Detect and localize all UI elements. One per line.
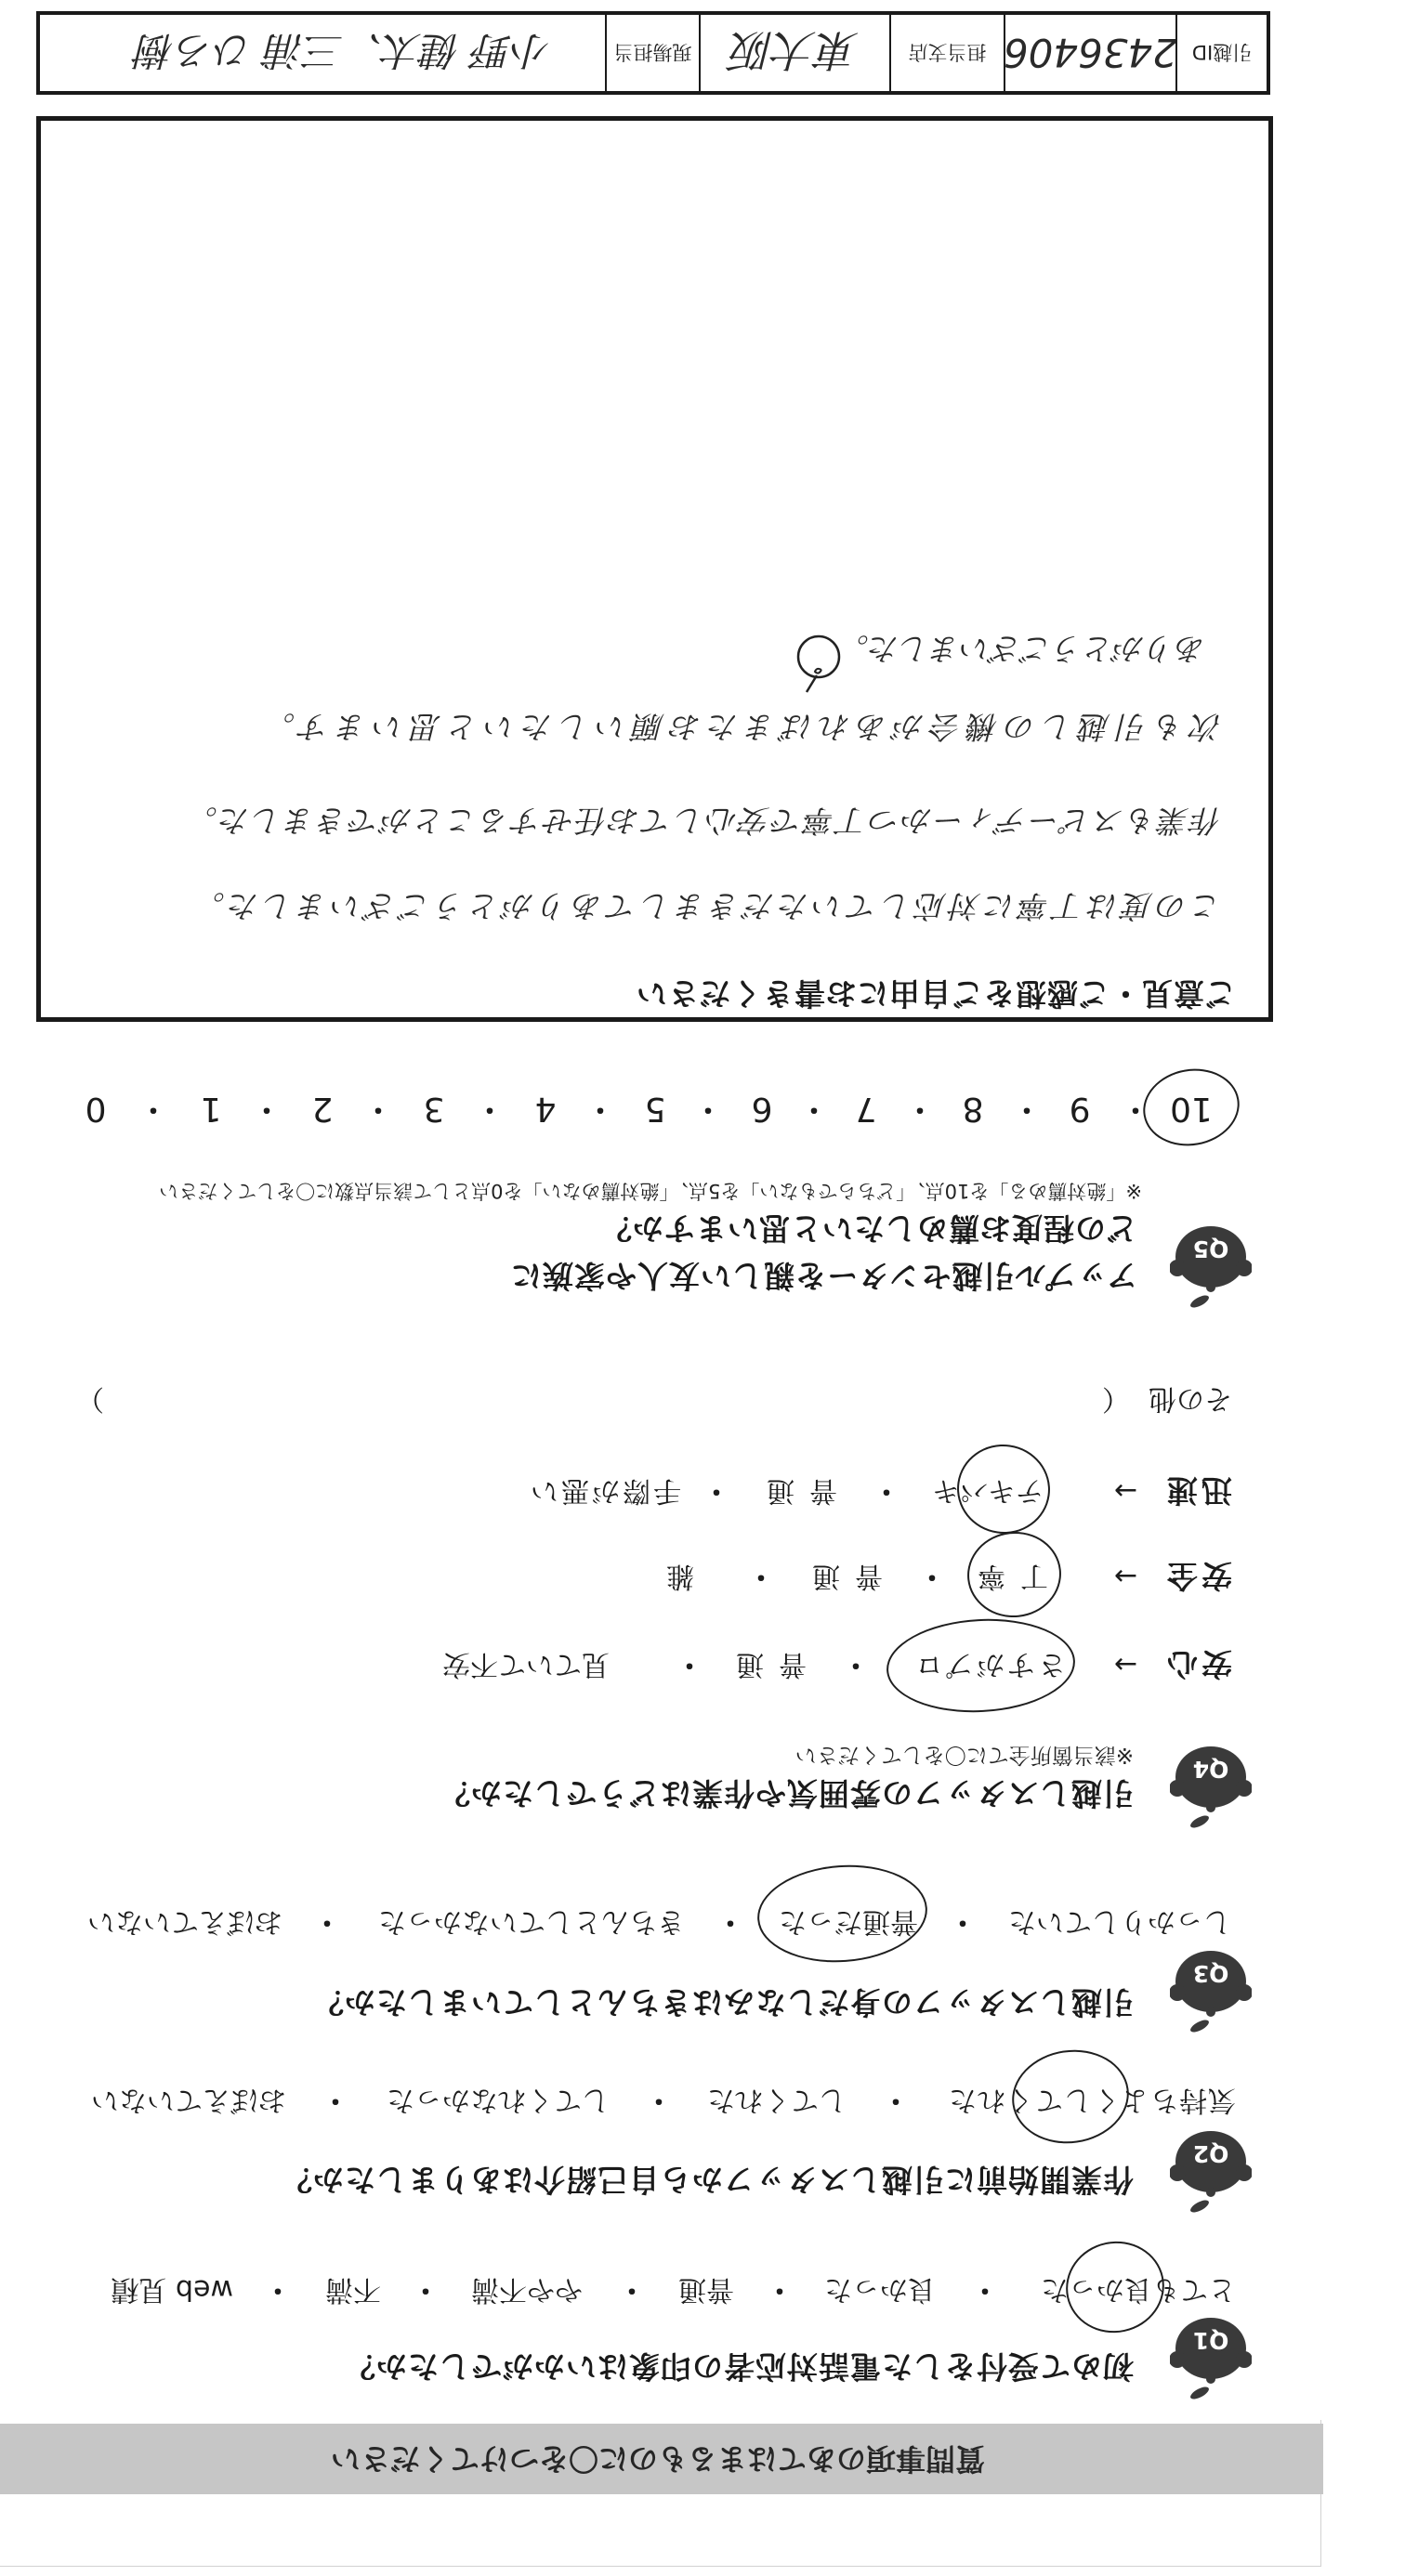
separator: ・ [949, 1907, 977, 1935]
selection-circle [1006, 2043, 1136, 2151]
handwritten-comment-line: 作業もスピーディーかつ丁寧で安心してお任せすることができました。 [185, 805, 1222, 836]
selection-circle [885, 1615, 1078, 1717]
selection-circle [1137, 1062, 1246, 1154]
branch-value: 東大阪 [731, 22, 860, 84]
separator: ・ [716, 1907, 744, 1935]
separator: ・ [918, 1562, 946, 1589]
separator: ・ [694, 1094, 722, 1122]
separator: ・ [842, 1650, 870, 1678]
q5-badge: Q5 [1170, 1225, 1252, 1313]
comment-box [36, 116, 1273, 1022]
move-id-label-cell: 引越ID [1175, 15, 1267, 91]
q2-badge: Q2 [1170, 2130, 1252, 2217]
q4-option-average: 普通 [797, 1562, 883, 1589]
separator: ・ [766, 2275, 794, 2303]
move-id-label: 引越ID [1192, 39, 1252, 67]
q1-badge: Q1 [1170, 2317, 1252, 2404]
q3-badge: Q3 [1170, 1950, 1252, 2037]
q1-option-good: 良かった [824, 2275, 936, 2303]
separator: ・ [412, 2275, 440, 2303]
instruction-text: 質問事項のあてはまるものに〇をつけてください [331, 2444, 985, 2474]
question-number: Q1 [1193, 2327, 1229, 2354]
apple-badge-icon: Q1 [1170, 2317, 1252, 2404]
q5-question-text-line2: どの程度お薦めしたいと思いますか？ [600, 1213, 1137, 1244]
arrow-right-icon: → [1114, 1650, 1137, 1678]
scale-value-7: 7 [838, 1092, 894, 1125]
q5-question-text-line1: アップル引越センターを親しい友人や家族に [510, 1261, 1137, 1291]
separator: ・ [586, 1094, 614, 1122]
q3-question-text: 引越しスタッフの身だしなみはきちんとしていましたか？ [312, 1987, 1134, 2018]
q2-option-yes: してくれた [707, 2086, 847, 2113]
paper-edge-top [0, 2566, 1321, 2567]
scale-value-1: 1 [183, 1092, 239, 1125]
separator: ・ [906, 1094, 934, 1122]
handwritten-comment-line: この度は丁寧に対応していただきましてありがとうございました。 [190, 891, 1222, 922]
separator: ・ [645, 2086, 673, 2113]
selection-circle [963, 1527, 1065, 1622]
selection-circle [1057, 2232, 1173, 2342]
q2-option-no: してくれなかった [387, 2086, 610, 2113]
separator: ・ [618, 2275, 646, 2303]
instruction-band: 質問事項のあてはまるものに〇をつけてください [0, 2424, 1323, 2494]
separator: ・ [253, 1094, 281, 1122]
question-number: Q3 [1193, 1960, 1229, 1987]
q3-option-neat: しっかりしていた [1008, 1907, 1231, 1935]
scale-value-5: 5 [627, 1092, 683, 1125]
q4-question-text: 引越しスタッフの雰囲気や作業はどうでしたか？ [439, 1778, 1134, 1809]
separator: ・ [264, 2275, 292, 2303]
q4-option-clumsy: 手際が悪い [528, 1476, 681, 1504]
q4-option-average: 普通 [721, 1650, 807, 1678]
scale-value-8: 8 [945, 1092, 1001, 1125]
separator: ・ [476, 1094, 504, 1122]
q4-row-label-speed: 迅速 [1163, 1475, 1232, 1506]
apple-badge-icon: Q3 [1170, 1950, 1252, 2037]
q4-other-close-paren: ） [76, 1384, 104, 1412]
apple-badge-icon: Q5 [1170, 1225, 1252, 1313]
q4-other-open-paren: （ [1102, 1384, 1130, 1412]
apple-badge-icon: Q4 [1170, 1746, 1252, 1833]
survey-form-page: 質問事項のあてはまるものに〇をつけてください Q1 初めて受付をした電話対応者の… [0, 0, 1405, 2576]
q4-note: ※該当箇所全てに〇をしてください [795, 1744, 1134, 1765]
separator: ・ [139, 1094, 167, 1122]
q2-option-dont-remember: おぼえていない [91, 2086, 286, 2113]
q4-other-label: その他 [1149, 1384, 1232, 1412]
separator: ・ [322, 2086, 349, 2113]
separator: ・ [676, 1650, 703, 1678]
scale-value-0: 0 [68, 1092, 124, 1125]
q1-question-text: 初めて受付をした電話対応者の印象はいかがでしたか？ [344, 2351, 1134, 2382]
separator: ・ [747, 1562, 775, 1589]
q4-option-rough: 雑 [666, 1562, 694, 1589]
q3-option-dont-remember: おぼえていない [87, 1907, 282, 1935]
separator: ・ [882, 2086, 910, 2113]
scale-value-6: 6 [734, 1092, 790, 1125]
branch-value-cell: 東大阪 [699, 15, 889, 91]
separator: ・ [873, 1476, 900, 1504]
staff-label-cell: 現場担当 [605, 15, 699, 91]
move-info-table: 引越ID 2436406 担当支店 東大阪 現場担当 小野 健太、三浦 ひろ樹 [36, 11, 1270, 95]
separator: ・ [1013, 1094, 1041, 1122]
separator: ・ [364, 1094, 392, 1122]
separator: ・ [800, 1094, 828, 1122]
q4-option-average: 普通 [752, 1476, 837, 1504]
question-number: Q4 [1193, 1756, 1229, 1783]
separator: ・ [971, 2275, 999, 2303]
selection-circle [952, 1439, 1056, 1540]
separator: ・ [313, 1907, 341, 1935]
question-number: Q5 [1193, 1236, 1229, 1262]
q1-option-average: 普通 [678, 2275, 734, 2303]
question-number: Q2 [1193, 2140, 1229, 2167]
q4-row-label-peace-of-mind: 安心 [1163, 1649, 1232, 1680]
q1-option-unsatisfied: 不満 [325, 2275, 381, 2303]
handwritten-comment-line: 次も引越しの機会があればまたお願いしたいと思います。 [258, 712, 1222, 742]
q1-option-web-estimate: web 見積 [111, 2275, 233, 2303]
scale-value-4: 4 [518, 1092, 573, 1125]
q4-row-label-safety: 安全 [1163, 1561, 1232, 1591]
q4-badge: Q4 [1170, 1746, 1252, 1833]
selection-circle [755, 1860, 931, 1968]
staff-label: 現場担当 [614, 39, 692, 67]
q1-option-somewhat-unsatisfied: やや不満 [471, 2275, 583, 2303]
branch-label-cell: 担当支店 [889, 15, 1004, 91]
staff-value: 小野 健太、三浦 ひろ樹 [136, 25, 551, 81]
q4-option-worrying: 見ていて不安 [442, 1650, 610, 1678]
q2-question-text: 作業開始前に引越しスタッフから自己紹介はありましたか？ [281, 2164, 1134, 2195]
move-id-value: 2436406 [1004, 31, 1175, 76]
apple-doodle-icon [790, 633, 844, 698]
separator: ・ [702, 1476, 730, 1504]
q5-note: ※「絶対薦める」を10点、「どちらでもない」を5点、「絶対薦めない」を0点として… [159, 1181, 1142, 1200]
q3-option-not-neat: きちんとしていなかった [378, 1907, 685, 1935]
scale-value-9: 9 [1052, 1092, 1108, 1125]
move-id-value-cell: 2436406 [1004, 15, 1175, 91]
scale-value-2: 2 [295, 1092, 350, 1125]
handwritten-comment-line: ありがとうございました。 [838, 634, 1206, 664]
branch-label: 担当支店 [909, 39, 987, 67]
arrow-right-icon: → [1114, 1476, 1137, 1504]
arrow-right-icon: → [1114, 1562, 1137, 1589]
comment-box-label: ご意見・ご感想をご自由にお書きください [636, 978, 1236, 1009]
apple-badge-icon: Q2 [1170, 2130, 1252, 2217]
scale-value-3: 3 [406, 1092, 462, 1125]
staff-value-cell: 小野 健太、三浦 ひろ樹 [40, 15, 605, 91]
